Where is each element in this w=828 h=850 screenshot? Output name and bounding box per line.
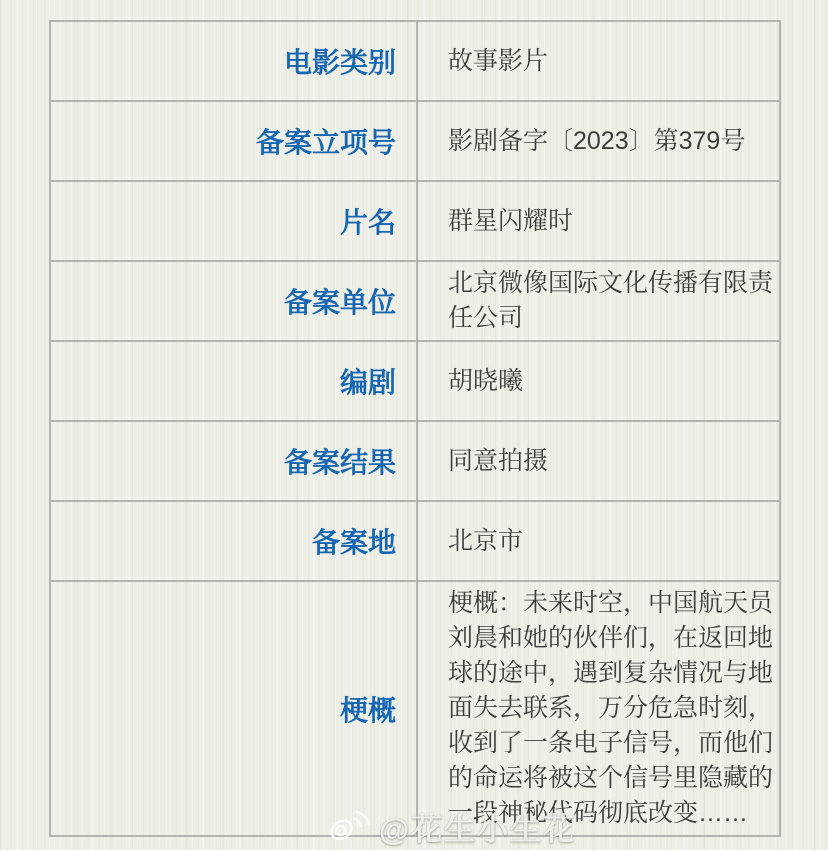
filing-table: 电影类别 故事影片 备案立项号 影剧备字〔2023〕第379号 片名 群星闪耀时… xyxy=(49,20,781,837)
row-value: 胡晓曦 xyxy=(418,342,779,420)
row-value: 北京微像国际文化传播有限责 任公司 xyxy=(418,262,779,340)
row-label: 编剧 xyxy=(51,342,418,420)
row-value: 同意拍摄 xyxy=(418,422,779,500)
table-row: 备案单位 北京微像国际文化传播有限责 任公司 xyxy=(51,262,779,342)
table-row: 编剧 胡晓曦 xyxy=(51,342,779,422)
table-row: 片名 群星闪耀时 xyxy=(51,182,779,262)
row-label: 备案单位 xyxy=(51,262,418,340)
row-label: 备案结果 xyxy=(51,422,418,500)
row-label: 电影类别 xyxy=(51,22,418,100)
table-row: 备案结果 同意拍摄 xyxy=(51,422,779,502)
row-value: 梗概：未来时空，中国航天员 刘晨和她的伙伴们，在返回地 球的途中，遇到复杂情况与… xyxy=(418,582,779,835)
row-value: 影剧备字〔2023〕第379号 xyxy=(418,102,779,180)
table-row: 梗概 梗概：未来时空，中国航天员 刘晨和她的伙伴们，在返回地 球的途中，遇到复杂… xyxy=(51,582,779,835)
row-label: 备案立项号 xyxy=(51,102,418,180)
row-label: 备案地 xyxy=(51,502,418,580)
row-value: 故事影片 xyxy=(418,22,779,100)
row-label: 片名 xyxy=(51,182,418,260)
row-value: 北京市 xyxy=(418,502,779,580)
row-label: 梗概 xyxy=(51,582,418,835)
table-row: 备案地 北京市 xyxy=(51,502,779,582)
row-value: 群星闪耀时 xyxy=(418,182,779,260)
table-row: 电影类别 故事影片 xyxy=(51,22,779,102)
table-row: 备案立项号 影剧备字〔2023〕第379号 xyxy=(51,102,779,182)
screenshot-canvas: 电影类别 故事影片 备案立项号 影剧备字〔2023〕第379号 片名 群星闪耀时… xyxy=(0,0,828,850)
